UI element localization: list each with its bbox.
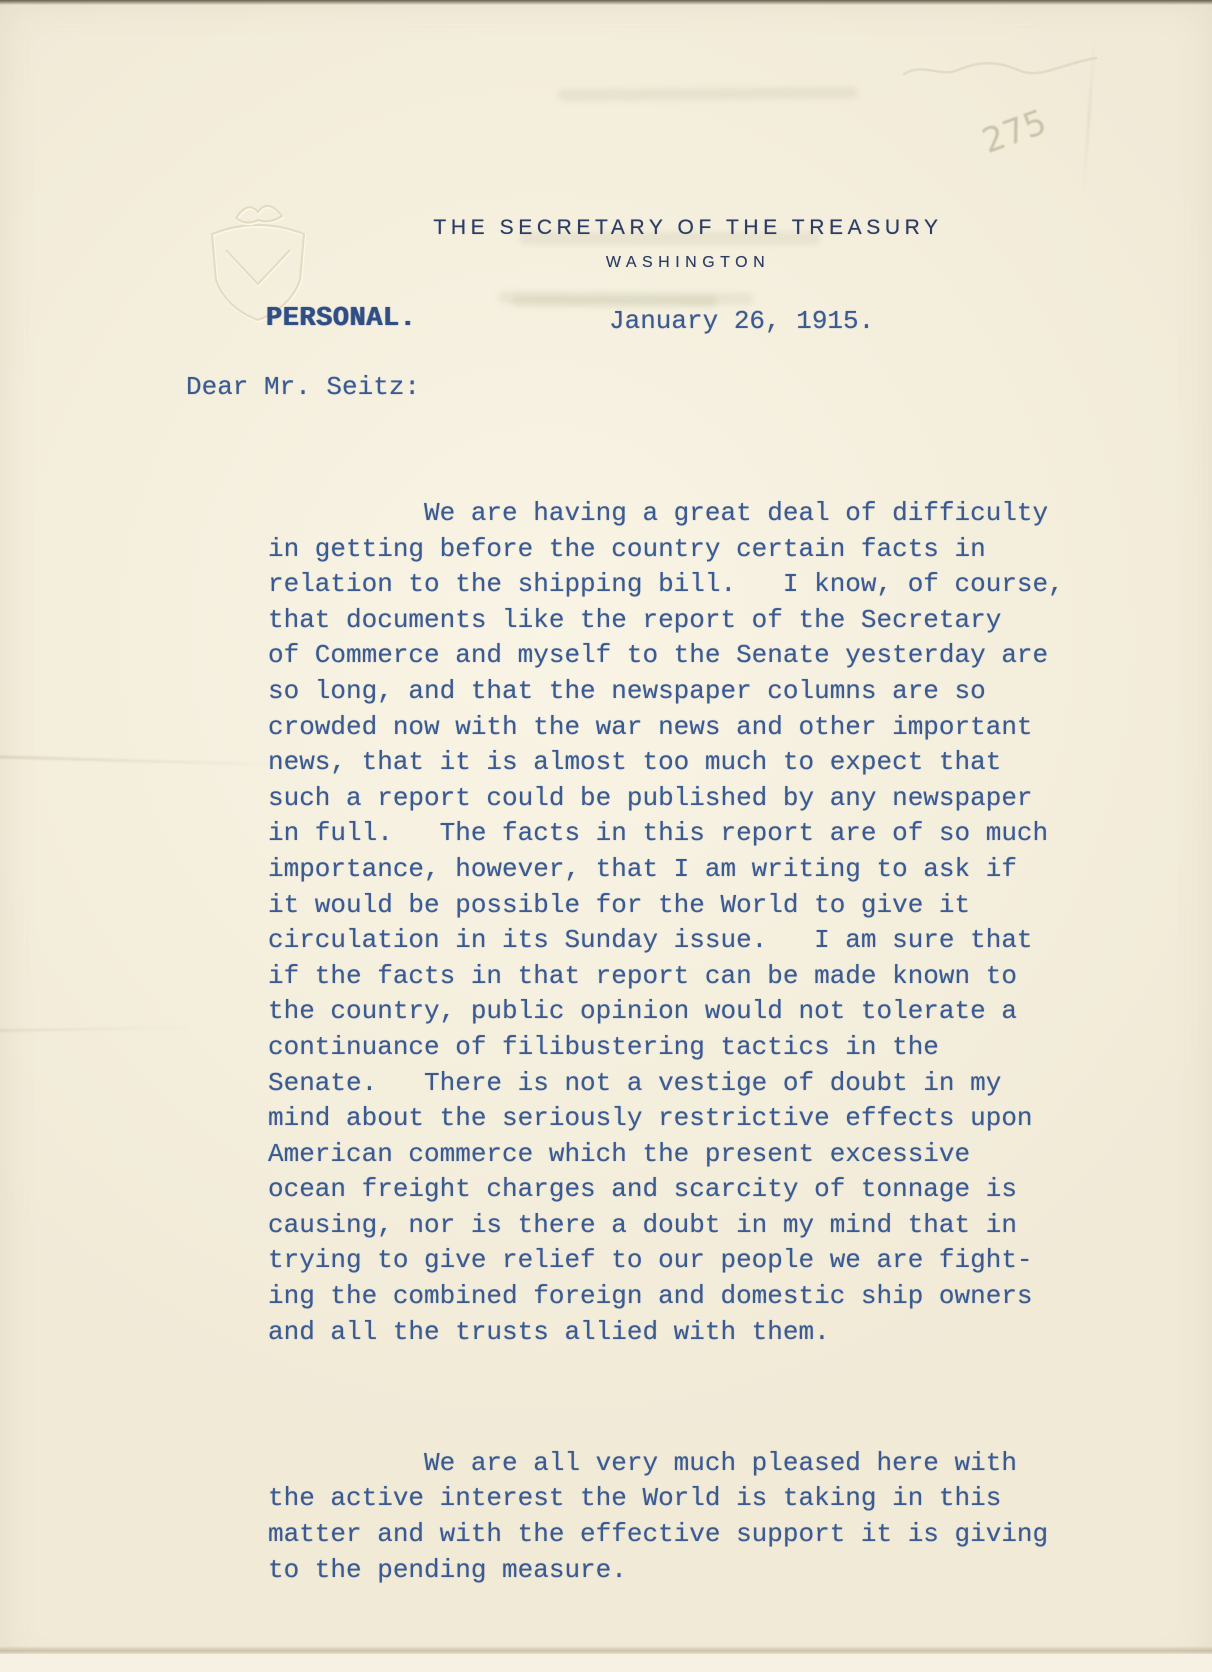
paper-crease (0, 756, 298, 767)
typewritten-line: American commerce which the present exce… (268, 1137, 1098, 1173)
ink-bleedthrough-smudge (558, 87, 858, 102)
typewritten-line: of Commerce and myself to the Senate yes… (268, 638, 1098, 674)
scan-bottom-strip (0, 1654, 1212, 1672)
typewritten-line: the active interest the World is taking … (268, 1481, 1098, 1517)
typewritten-line: the country, public opinion would not to… (268, 994, 1098, 1030)
typewritten-line: ocean freight charges and scarcity of to… (268, 1172, 1098, 1208)
typewritten-line: Senate. There is not a vestige of doubt … (268, 1066, 1098, 1102)
typewritten-line: importance, however, that I am writing t… (268, 852, 1098, 888)
typewritten-line: it would be possible for the World to gi… (268, 888, 1098, 924)
letter-body: We are having a great deal of difficulty… (268, 436, 1098, 1648)
typewritten-line: mind about the seriously restrictive eff… (268, 1101, 1098, 1137)
typewritten-line: that documents like the report of the Se… (268, 603, 1098, 639)
pencil-scribble (900, 48, 1100, 94)
typewritten-line: such a report could be published by any … (268, 781, 1098, 817)
typewritten-line: We are having a great deal of difficulty (268, 496, 1098, 532)
body-paragraph-2: We are all very much pleased here withth… (268, 1446, 1098, 1588)
typewritten-line: news, that it is almost too much to expe… (268, 745, 1098, 781)
salutation: Dear Mr. Seitz: (186, 372, 420, 402)
typewritten-line: ing the combined foreign and domestic sh… (268, 1279, 1098, 1315)
paper-bottom-edge-shadow (0, 1646, 1212, 1654)
letter-scan-page: THE SECRETARY OF THE TREASURY WASHINGTON… (0, 0, 1212, 1672)
pencil-annotation: 275 (977, 102, 1052, 162)
typewritten-line: in getting before the country certain fa… (268, 532, 1098, 568)
paper-crease (1082, 36, 1095, 196)
typewritten-line: so long, and that the newspaper columns … (268, 674, 1098, 710)
typewritten-line: relation to the shipping bill. I know, o… (268, 567, 1098, 603)
typewritten-line: crowded now with the war news and other … (268, 710, 1098, 746)
letterhead-subtitle: WASHINGTON (164, 254, 1212, 272)
typewritten-line: trying to give relief to our people we a… (268, 1243, 1098, 1279)
letterhead-title: THE SECRETARY OF THE TREASURY (164, 216, 1212, 240)
typewritten-line: and all the trusts allied with them. (268, 1315, 1098, 1351)
typewritten-line: We are all very much pleased here with (268, 1446, 1098, 1482)
typewritten-line: circulation in its Sunday issue. I am su… (268, 923, 1098, 959)
typewritten-line: causing, nor is there a doubt in my mind… (268, 1208, 1098, 1244)
typewritten-line: to the pending measure. (268, 1553, 1098, 1589)
paper-crease (0, 1026, 198, 1032)
typewritten-line: in full. The facts in this report are of… (268, 816, 1098, 852)
letter-date: January 26, 1915. (609, 306, 874, 336)
typewritten-line: matter and with the effective support it… (268, 1517, 1098, 1553)
ink-bleedthrough-smudge (498, 291, 753, 305)
typewritten-line: continuance of filibustering tactics in … (268, 1030, 1098, 1066)
personal-stamp: PERSONAL. (266, 304, 416, 334)
typewritten-line: if the facts in that report can be made … (268, 959, 1098, 995)
body-paragraph-1: We are having a great deal of difficulty… (268, 496, 1098, 1350)
scan-top-edge (0, 0, 1212, 5)
